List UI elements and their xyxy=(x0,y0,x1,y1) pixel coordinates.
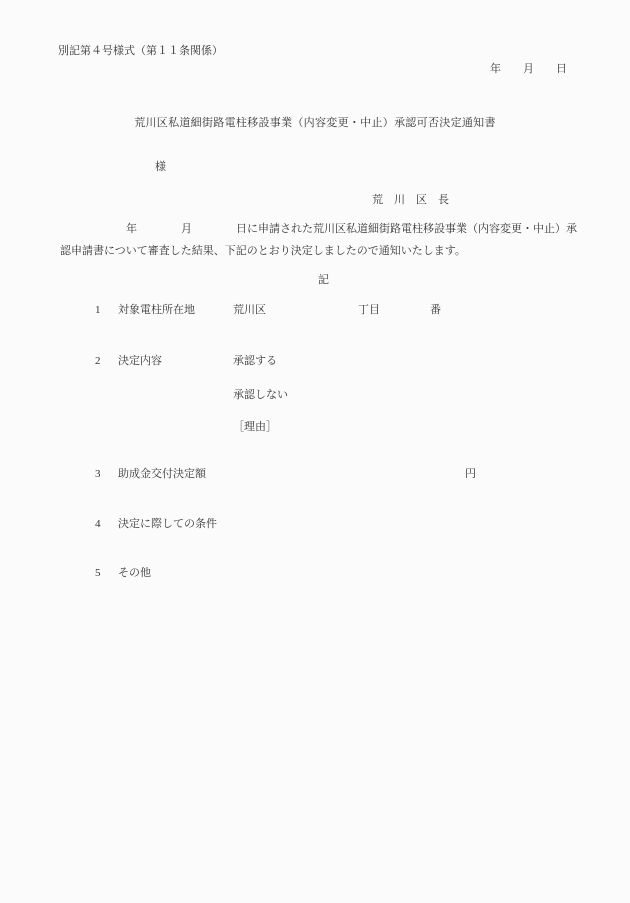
item-4-row: 4 決定に際しての条件 xyxy=(0,518,630,534)
item-1-ward: 荒川区 xyxy=(233,304,266,317)
item-5-row: 5 その他 xyxy=(0,567,630,583)
item-5-number: 5 xyxy=(95,567,101,580)
item-1-row: 1 対象電柱所在地 荒川区 丁目 番 xyxy=(0,304,630,320)
form-number: 別記第４号様式（第１１条関係） xyxy=(58,45,223,58)
item-1-chome: 丁目 xyxy=(358,304,380,317)
item-2-reason-label: ［理由］ xyxy=(233,421,277,434)
item-3-label: 助成金交付決定額 xyxy=(118,468,206,481)
date-line: 年 月 日 xyxy=(490,63,567,76)
addressee-honorific: 様 xyxy=(155,161,166,174)
item-3-number: 3 xyxy=(95,468,101,481)
item-5-label: その他 xyxy=(118,567,151,580)
body-paragraph-line-1: 年 月 日に申請された荒川区私道細街路電柱移設事業（内容変更・中止）承 xyxy=(60,223,577,236)
item-1-number: 1 xyxy=(95,304,101,317)
item-2-option-approve: 承認する xyxy=(233,355,277,368)
record-heading: 記 xyxy=(318,274,329,287)
document-title: 荒川区私道細街路電柱移設事業（内容変更・中止）承認可否決定通知書 xyxy=(0,117,630,130)
item-2-number: 2 xyxy=(95,355,101,368)
sender-mayor: 荒 川 区 長 xyxy=(372,194,449,207)
item-4-number: 4 xyxy=(95,518,101,531)
item-2-label: 決定内容 xyxy=(118,355,162,368)
body-paragraph-line-2: 認申請書について審査した結果、下記のとおり決定しましたので通知いたします。 xyxy=(60,245,466,258)
item-1-ban: 番 xyxy=(430,304,441,317)
document-page: 別記第４号様式（第１１条関係） 年 月 日 荒川区私道細街路電柱移設事業（内容変… xyxy=(0,0,630,903)
item-3-row: 3 助成金交付決定額 円 xyxy=(0,468,630,484)
item-1-label: 対象電柱所在地 xyxy=(118,304,195,317)
item-2-option-deny: 承認しない xyxy=(233,389,288,402)
item-2-row: 2 決定内容 xyxy=(0,355,630,371)
item-4-label: 決定に際しての条件 xyxy=(118,518,217,531)
item-3-unit-yen: 円 xyxy=(465,468,476,481)
